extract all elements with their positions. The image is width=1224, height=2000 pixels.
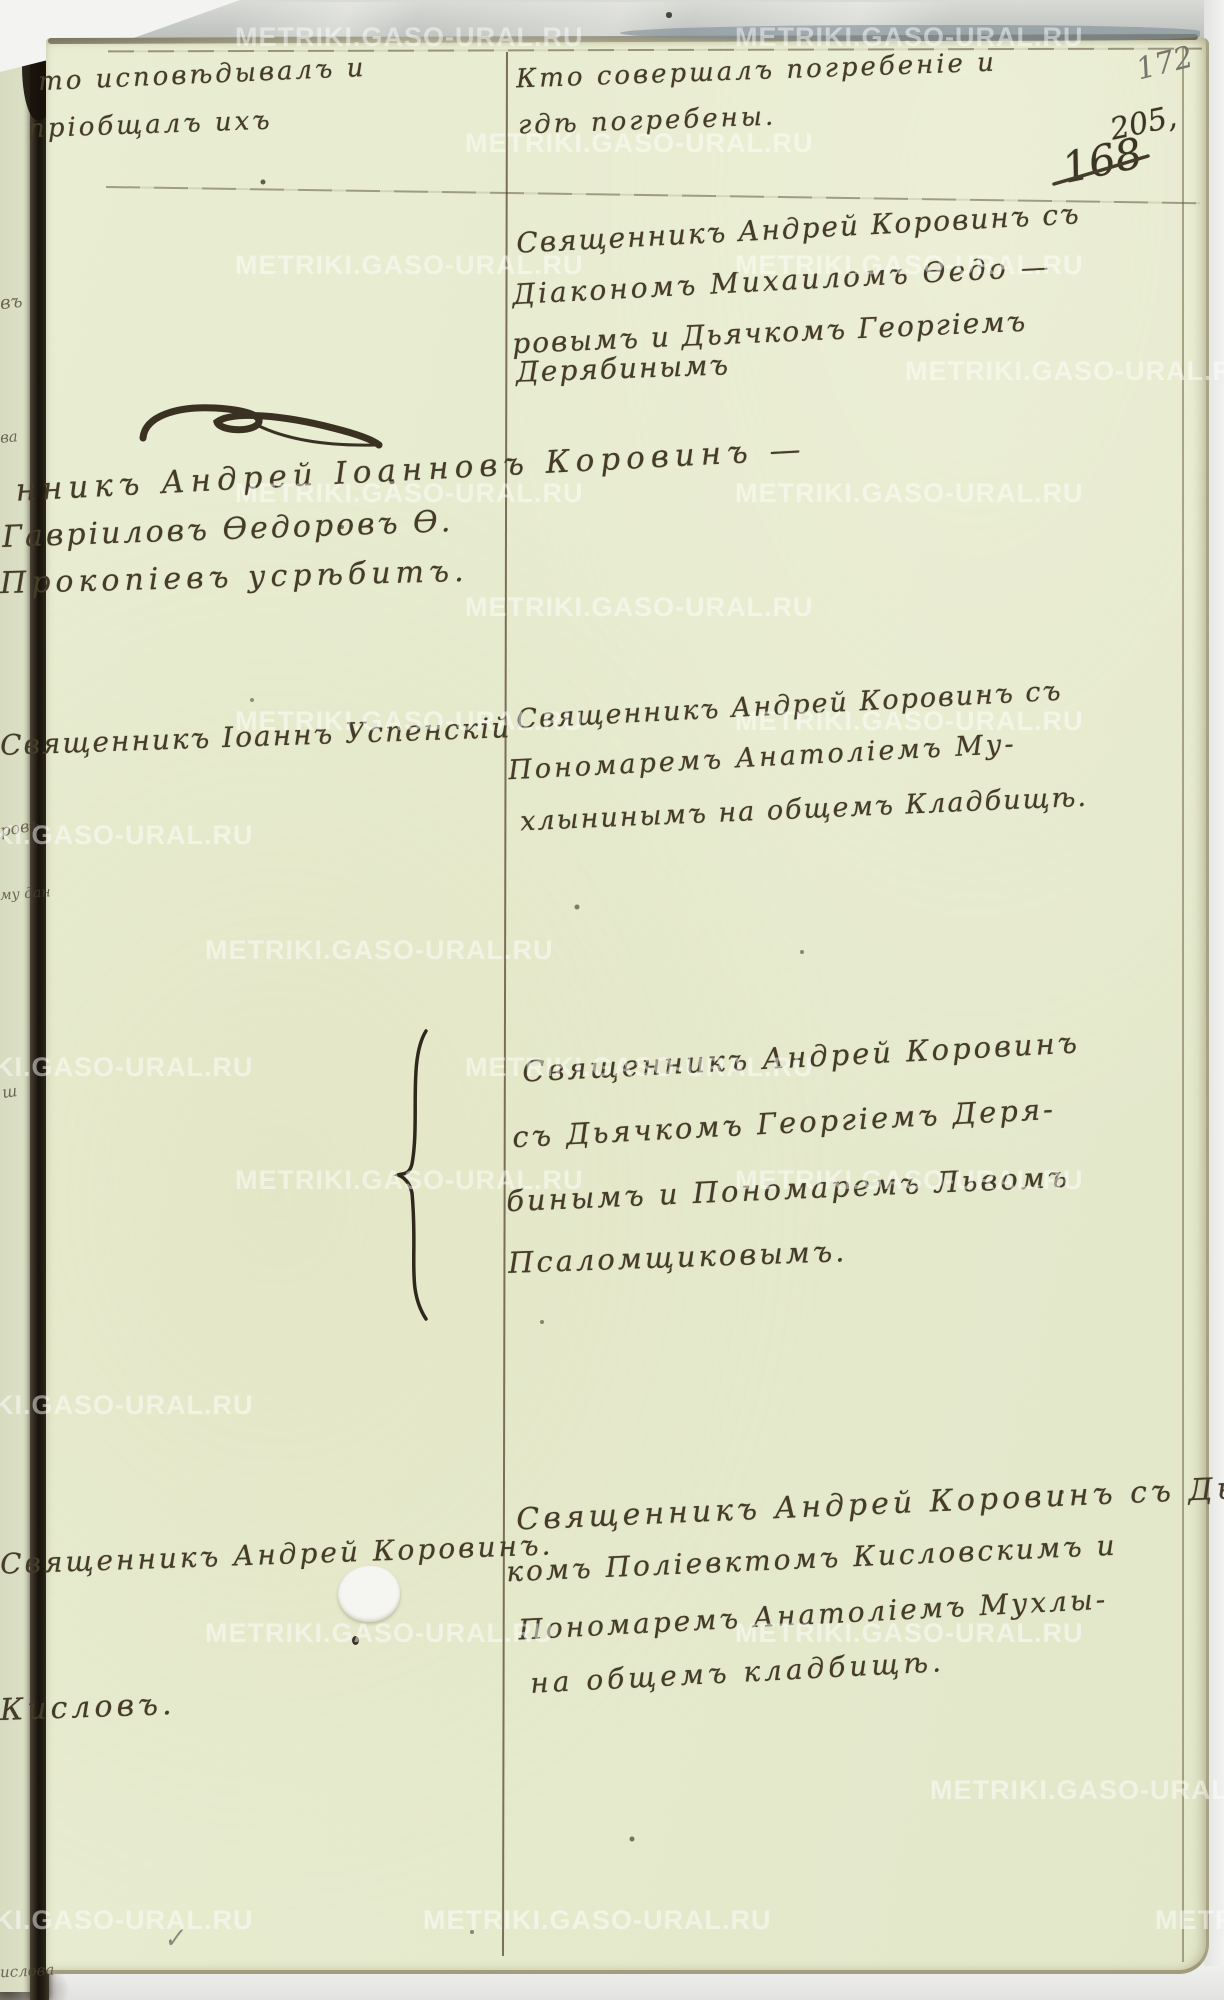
watermark-text: METRIKI.GASO-URAL.RU [0,820,253,851]
watermark-text: METRIKI.GASO-URAL.RU [0,1052,253,1083]
watermark-text: METRIKI.GASO-URAL.RU [735,478,1083,509]
watermark-text: METRIKI.GASO-URAL.RU [905,356,1224,387]
watermark-text: METRIKI.GASO-URAL.RU [930,1775,1224,1806]
entry4-left-line2: Кисловъ. [0,1687,176,1728]
margin-fragment: ш [1,1081,19,1102]
watermark-text: METRIKI.GASO-URAL.RU [465,592,813,623]
scanned-parish-register-page: { "document": { "watermark": { "text": "… [0,0,1224,2000]
ink-specks [0,0,2,2]
watermark-text: METRIKI.GASO-URAL.RU [235,1165,583,1196]
margin-fragment: ислова [0,1961,55,1982]
watermark-text: METRIKI.GASO-URAL.RU [465,128,813,159]
watermark-text: METRIKI.GASO-URAL.RU [735,706,1083,737]
watermark-text: METRIKI.GASO-URAL.RU [235,706,583,737]
watermark-text: METRIKI.GASO-URAL.RU [0,1390,253,1421]
margin-fragment: въ [0,291,24,314]
paper-hole [338,1566,400,1622]
flourish-swash [135,400,385,452]
watermark-text: METRIKI.GASO-URAL.RU [235,478,583,509]
watermark-text: METRIKI.GASO-URAL.RU [423,1905,771,1936]
watermark-text: METRIKI.GASO-URAL.RU [735,250,1083,281]
right-margin-line [1182,46,1184,1962]
watermark-text: METRIKI.GASO-URAL.RU [735,1618,1083,1649]
watermark-text: METRIKI.GASO-URAL.RU [465,1052,813,1083]
folio-strike-stroke [1052,146,1152,190]
watermark-text: METRIKI.GASO-URAL.RU [235,22,583,53]
margin-fragment: ва [0,427,18,446]
watermark-text: METRIKI.GASO-URAL.RU [235,250,583,281]
watermark-text: METRIKI.GASO-URAL.RU [735,1165,1083,1196]
watermark-text: METRIKI.GASO-URAL.RU [735,22,1083,53]
watermark-text: METRIKI.GASO-URAL.RU [205,935,553,966]
watermark-text: METRIKI.GASO-URAL.RU [205,1618,553,1649]
watermark-text: METRIKI.GASO-URAL.RU [0,1905,253,1936]
watermark-text: METRIKI.GASO-URAL.RU [1155,1905,1224,1936]
